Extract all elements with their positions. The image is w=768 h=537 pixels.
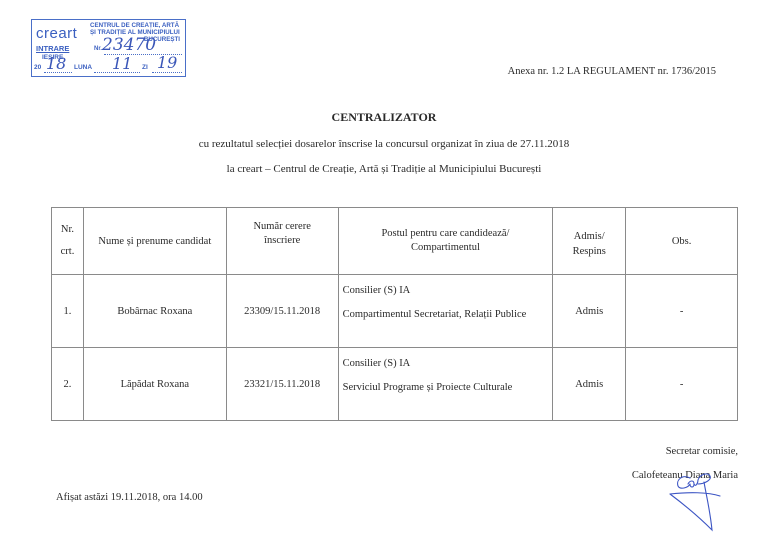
cell-obs: - [626, 348, 738, 421]
stamp-year-line [44, 72, 72, 73]
cell-nr: 2. [52, 348, 84, 421]
stamp-intrare-label: INTRARE [36, 44, 69, 53]
header-post: Postul pentru care candidează/ Compartim… [338, 208, 553, 275]
stamp-month-line [94, 72, 140, 73]
table-row: 2. Lăpădat Roxana 23321/15.11.2018 Consi… [52, 348, 738, 421]
stamp-month-label: LUNA [74, 64, 92, 71]
cell-post-title: Consilier (S) IA [343, 358, 411, 369]
secretary-label: Secretar comisie, [666, 446, 738, 457]
stamp-month-value: 11 [112, 54, 132, 73]
cell-post: Consilier (S) IA Serviciul Programe și P… [338, 348, 553, 421]
stamp-nr-label: Nr. [94, 46, 102, 52]
header-request: Număr cerere înscriere [226, 208, 338, 275]
cell-post-department: Serviciul Programe și Proiecte Culturale [343, 382, 513, 393]
stamp-org-line1: CENTRUL DE CREAȚIE, ARTĂ [90, 22, 179, 29]
stamp-year-value: 18 [46, 54, 66, 73]
cell-nr: 1. [52, 275, 84, 348]
header-obs: Obs. [626, 208, 738, 275]
cell-obs: - [626, 275, 738, 348]
cell-post-title: Consilier (S) IA [343, 285, 411, 296]
cell-name: Bobârnac Roxana [83, 275, 226, 348]
header-nr-line1: Nr. [61, 224, 74, 235]
document-title: CENTRALIZATOR [0, 110, 768, 125]
cell-request: 23321/15.11.2018 [226, 348, 338, 421]
document-institution: la creart – Centrul de Creație, Artă și … [0, 163, 768, 175]
signature-icon [668, 470, 728, 534]
header-result: Admis/ Respins [553, 208, 626, 275]
stamp-day-label: ZI [142, 64, 148, 71]
posting-date: Afișat astăzi 19.11.2018, ora 14.00 [56, 492, 203, 503]
stamp-day-line [152, 72, 182, 73]
stamp-logo: creart [36, 25, 77, 42]
annex-reference: Anexa nr. 1.2 LA REGULAMENT nr. 1736/201… [508, 66, 716, 77]
table-header-row: Nr. crt. Nume și prenume candidat Număr … [52, 208, 738, 275]
header-nr: Nr. crt. [52, 208, 84, 275]
header-post-line2: Compartimentul [411, 242, 480, 253]
stamp-year-prefix: 20 [34, 64, 41, 71]
header-name: Nume și prenume candidat [83, 208, 226, 275]
cell-result: Admis [553, 275, 626, 348]
header-result-line1: Admis/ [574, 231, 605, 242]
results-table: Nr. crt. Nume și prenume candidat Număr … [51, 207, 738, 421]
header-request-line1: Număr cerere [253, 221, 310, 232]
registration-stamp: creart CENTRUL DE CREAȚIE, ARTĂ ȘI TRADI… [31, 19, 186, 77]
cell-name: Lăpădat Roxana [83, 348, 226, 421]
header-request-line2: înscriere [264, 235, 300, 246]
header-nr-line2: crt. [61, 246, 75, 257]
document-subtitle: cu rezultatul selecției dosarelor înscri… [0, 138, 768, 150]
stamp-day-value: 19 [157, 53, 177, 72]
header-result-line2: Respins [573, 246, 606, 257]
stamp-nr-value: 23470 [102, 35, 156, 55]
cell-result: Admis [553, 348, 626, 421]
cell-post: Consilier (S) IA Compartimentul Secretar… [338, 275, 553, 348]
cell-post-department: Compartimentul Secretariat, Relații Publ… [343, 309, 527, 320]
cell-request: 23309/15.11.2018 [226, 275, 338, 348]
header-post-line1: Postul pentru care candidează/ [381, 228, 509, 239]
table-row: 1. Bobârnac Roxana 23309/15.11.2018 Cons… [52, 275, 738, 348]
